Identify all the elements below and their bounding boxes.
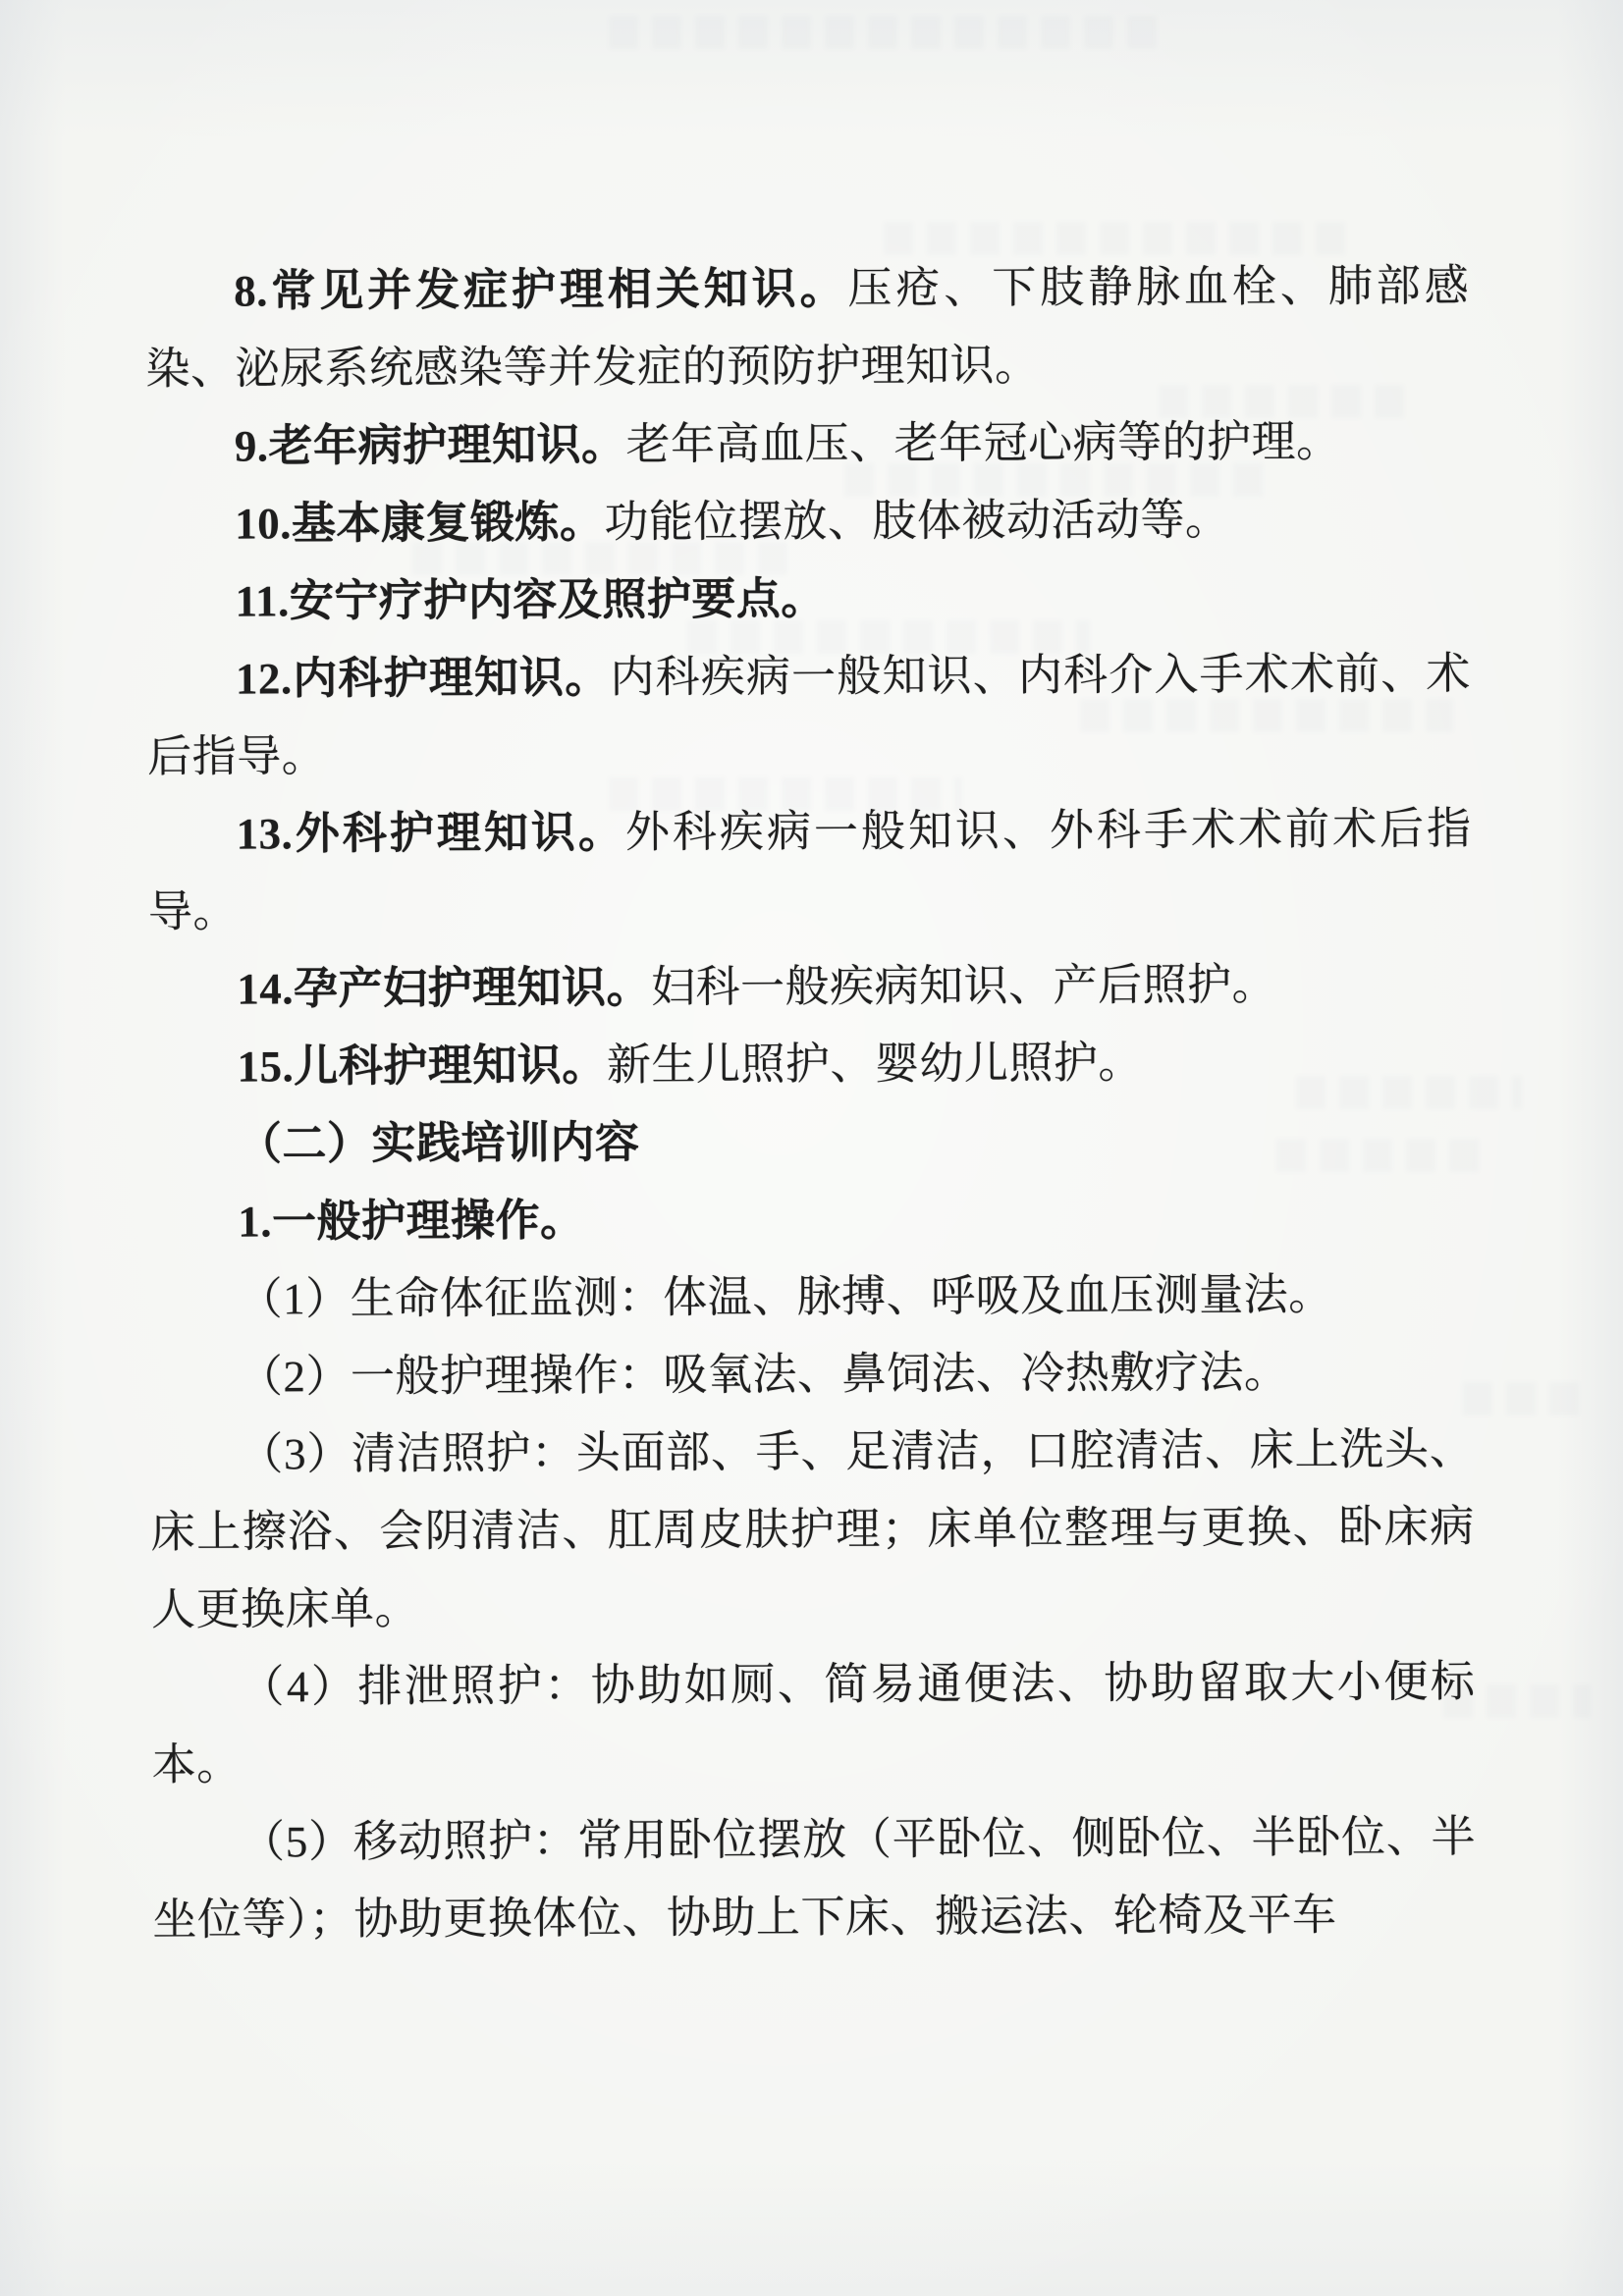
paragraph: （3）清洁照护：头面部、手、足清洁，口腔清洁、床上洗头、床上擦浴、会阴清洁、肛周… [150, 1411, 1475, 1649]
paragraph-lead-text: 15.儿科护理知识。 [238, 1041, 607, 1092]
paragraph-lead-text: （二）实践培训内容 [238, 1118, 640, 1169]
paragraph: 12.内科护理知识。内科疾病一般知识、内科介入手术术前、术后指导。 [147, 635, 1472, 796]
paragraph-text: 老年高血压、老年冠心病等的护理。 [626, 417, 1341, 469]
document-body: 8.常见并发症护理相关知识。压疮、下肢静脉血栓、肺部感染、泌尿系统感染等并发症的… [145, 247, 1477, 1959]
paragraph: 10.基本康复锻炼。功能位摆放、肢体被动活动等。 [146, 480, 1470, 563]
paragraph: （4）排泄照护：协助如厕、简易通便法、协助留取大小便标本。 [151, 1643, 1476, 1804]
paragraph-text: 妇科一般疾病知识、产后照护。 [651, 960, 1276, 1012]
paragraph-text: （5）移动照护：常用卧位摆放（平卧位、侧卧位、半卧位、半坐位等）；协助更换体位、… [152, 1812, 1476, 1945]
paragraph-text: （1）生命体征监测：体温、脉搏、呼吸及血压测量法。 [239, 1270, 1333, 1324]
paragraph-lead-text: 11.安宁疗护内容及照护要点。 [235, 574, 825, 626]
paragraph-lead-text: 8.常见并发症护理相关知识。 [234, 264, 848, 316]
paragraph: 9.老年病护理知识。老年高血压、老年冠心病等的护理。 [146, 402, 1470, 486]
paragraph: 13.外科护理知识。外科疾病一般知识、外科手术术前术后指导。 [147, 790, 1472, 951]
paragraph-text: 新生儿照护、婴幼儿照护。 [607, 1039, 1143, 1090]
paragraph: （二）实践培训内容 [149, 1100, 1473, 1184]
paragraph-lead-text: 9.老年病护理知识。 [235, 420, 626, 471]
paragraph: 15.儿科护理知识。新生儿照护、婴幼儿照护。 [148, 1023, 1472, 1106]
paragraph: 8.常见并发症护理相关知识。压疮、下肢静脉血栓、肺部感染、泌尿系统感染等并发症的… [145, 247, 1470, 408]
paragraph-lead-text: 14.孕产妇护理知识。 [237, 963, 651, 1014]
paragraph: （1）生命体征监测：体温、脉搏、呼吸及血压测量法。 [149, 1255, 1473, 1339]
paragraph-text: （2）一般护理操作：吸氧法、鼻饲法、冷热敷疗法。 [239, 1348, 1289, 1402]
paragraph: 14.孕产妇护理知识。妇科一般疾病知识、产后照护。 [148, 945, 1472, 1029]
paragraph-text: （3）清洁照护：头面部、手、足清洁，口腔清洁、床上洗头、床上擦浴、会阴清洁、肛周… [151, 1424, 1475, 1634]
paragraph-lead-text: 1.一般护理操作。 [238, 1196, 584, 1247]
scanned-document-page: { "page": { "background_color": "#f4f5f2… [0, 0, 1623, 2296]
paragraph: （2）一般护理操作：吸氧法、鼻饲法、冷热敷疗法。 [150, 1333, 1474, 1416]
paragraph-text: 功能位摆放、肢体被动活动等。 [604, 495, 1229, 547]
paragraph-lead-text: 12.内科护理知识。 [236, 653, 611, 704]
paragraph-lead-text: 10.基本康复锻炼。 [235, 498, 604, 549]
paragraph-text: （4）排泄照护：协助如厕、简易通便法、协助留取大小便标本。 [152, 1657, 1476, 1789]
paragraph: 1.一般护理操作。 [149, 1178, 1473, 1261]
paragraph: 11.安宁疗护内容及照护要点。 [146, 558, 1470, 641]
paragraph-lead-text: 13.外科护理知识。 [236, 808, 625, 859]
paragraph: （5）移动照护：常用卧位摆放（平卧位、侧卧位、半卧位、半坐位等）；协助更换体位、… [152, 1798, 1477, 1959]
